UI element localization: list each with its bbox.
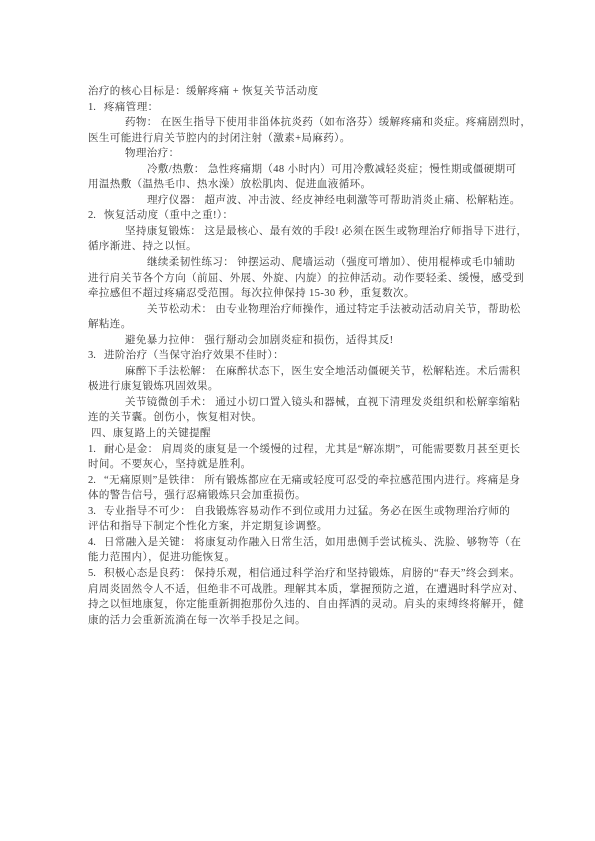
line-text: 循序渐进、持之以恒。	[88, 241, 197, 252]
line-text: 药物： 在医生指导下使用非甾体抗炎药（如布洛芬）缓解疼痛和炎症。疼痛剧烈时，	[125, 117, 531, 128]
text-line: 避免暴力拉伸： 强行掰动会加剧炎症和损伤，适得其反!	[88, 333, 518, 349]
list-number: 3.	[88, 348, 104, 364]
list-number: 5.	[88, 566, 104, 582]
line-text: 时间。不要灰心，坚持就是胜利。	[88, 459, 252, 470]
text-line: 时间。不要灰心，坚持就是胜利。	[88, 457, 518, 473]
document-body: 治疗的核心目标是：缓解疼痛 + 恢复关节活动度1.疼痛管理：药物： 在医生指导下…	[88, 84, 518, 628]
text-line: 持之以恒地康复，你定能重新拥抱那份久违的、自由挥洒的灵动。肩头的束缚终将解开，健	[88, 597, 518, 613]
list-number: 1.	[88, 442, 104, 458]
list-item-line: 1.耐心是金： 肩周炎的康复是一个缓慢的过程，尤其是“解冻期”，可能需要数月甚至…	[88, 442, 518, 458]
line-text: 冷敷/热敷： 急性疼痛期（48 小时内）可用冷敷减轻炎症；慢性期或僵硬期可	[147, 164, 516, 175]
list-number: 3.	[88, 504, 104, 520]
text-line: 肩周炎固然令人不适，但绝非不可战胜。理解其本质，掌握预防之道，在遭遇时科学应对、	[88, 582, 518, 598]
text-line: 体的警告信号，强行忍痛锻炼只会加重损伤。	[88, 488, 518, 504]
text-line: 解粘连。	[88, 317, 518, 333]
line-text: 恢复活动度（重中之重!）：	[104, 210, 233, 221]
text-line: 麻醉下手法松解： 在麻醉状态下，医生安全地活动僵硬关节，松解粘连。术后需积	[88, 364, 518, 380]
line-text: “无痛原则”是铁律： 所有锻炼都应在无痛或轻度可忍受的牵拉感范围内进行。疼痛是身	[104, 475, 520, 486]
document-page: 治疗的核心目标是：缓解疼痛 + 恢复关节活动度1.疼痛管理：药物： 在医生指导下…	[0, 0, 595, 841]
line-text: 耐心是金： 肩周炎的康复是一个缓慢的过程，尤其是“解冻期”，可能需要数月甚至更长	[104, 444, 520, 455]
text-line: 能力范围内），促进功能恢复。	[88, 550, 518, 566]
text-line: 连的关节囊。创伤小，恢复相对快。	[88, 410, 518, 426]
list-item-line: 4.日常融入是关键： 将康复动作融入日常生活，如用患侧手尝试梳头、洗脸、够物等（…	[88, 535, 518, 551]
line-text: 进行肩关节各个方向（前屈、外展、外旋、内旋）的拉伸活动。动作要轻柔、缓慢，感受到	[88, 273, 524, 284]
list-item-line: 2.“无痛原则”是铁律： 所有锻炼都应在无痛或轻度可忍受的牵拉感范围内进行。疼痛…	[88, 473, 518, 489]
text-line: 继续柔韧性练习： 钟摆运动、爬墙运动（强度可增加）、使用棍棒或毛巾辅助	[88, 255, 518, 271]
line-text: 肩周炎固然令人不适，但绝非不可战胜。理解其本质，掌握预防之道，在遭遇时科学应对、	[88, 584, 524, 595]
list-item-line: 1.疼痛管理：	[88, 100, 518, 116]
list-number: 1.	[88, 100, 104, 116]
line-text: 继续柔韧性练习： 钟摆运动、爬墙运动（强度可增加）、使用棍棒或毛巾辅助	[147, 257, 515, 268]
line-text: 四、康复路上的关键提醒	[91, 428, 211, 439]
text-line: 极进行康复锻炼巩固效果。	[88, 379, 518, 395]
line-text: 用温热敷（温热毛巾、热水澡）放松肌肉、促进血液循环。	[88, 179, 371, 190]
list-number: 4.	[88, 535, 104, 551]
line-text: 物理治疗：	[125, 148, 180, 159]
text-line: 评估和指导下制定个性化方案，并定期复诊调整。	[88, 519, 518, 535]
line-text: 体的警告信号，强行忍痛锻炼只会加重损伤。	[88, 490, 306, 501]
text-line: 药物： 在医生指导下使用非甾体抗炎药（如布洛芬）缓解疼痛和炎症。疼痛剧烈时，	[88, 115, 518, 131]
text-line: 关节镜微创手术： 通过小切口置入镜头和器械，直视下清理发炎组织和松解挛缩粘	[88, 395, 518, 411]
list-number: 2.	[88, 208, 104, 224]
line-text: 康的活力会重新流淌在每一次举手投足之间。	[88, 615, 306, 626]
line-text: 评估和指导下制定个性化方案，并定期复诊调整。	[88, 521, 328, 532]
text-line: 康的活力会重新流淌在每一次举手投足之间。	[88, 613, 518, 629]
text-line: 牵拉感但不超过疼痛忍受范围。每次拉伸保持 15-30 秒，重复数次。	[88, 286, 518, 302]
text-line: 医生可能进行肩关节腔内的封闭注射（激素+局麻药）。	[88, 131, 518, 147]
line-text: 医生可能进行肩关节腔内的封闭注射（激素+局麻药）。	[88, 133, 351, 144]
line-text: 牵拉感但不超过疼痛忍受范围。每次拉伸保持 15-30 秒，重复数次。	[88, 288, 415, 299]
line-text: 能力范围内），促进功能恢复。	[88, 552, 235, 563]
text-line: 冷敷/热敷： 急性疼痛期（48 小时内）可用冷敷减轻炎症；慢性期或僵硬期可	[88, 162, 518, 178]
line-text: 持之以恒地康复，你定能重新拥抱那份久违的、自由挥洒的灵动。肩头的束缚终将解开，健	[88, 599, 524, 610]
line-text: 麻醉下手法松解： 在麻醉状态下，医生安全地活动僵硬关节，松解粘连。术后需积	[125, 366, 520, 377]
list-item-line: 2.恢复活动度（重中之重!）：	[88, 208, 518, 224]
text-line: 坚持康复锻炼： 这是最核心、最有效的手段! 必须在医生或物理治疗师指导下进行，	[88, 224, 518, 240]
section-heading: 四、康复路上的关键提醒	[88, 426, 518, 442]
list-item-line: 3.进阶治疗（当保守治疗效果不佳时）：	[88, 348, 518, 364]
text-line: 进行肩关节各个方向（前屈、外展、外旋、内旋）的拉伸活动。动作要轻柔、缓慢，感受到	[88, 271, 518, 287]
text-line: 物理治疗：	[88, 146, 518, 162]
line-text: 连的关节囊。创伤小，恢复相对快。	[88, 412, 262, 423]
line-text: 专业指导不可少： 自我锻炼容易动作不到位或用力过猛。务必在医生或物理治疗师的	[104, 506, 510, 517]
text-line: 治疗的核心目标是：缓解疼痛 + 恢复关节活动度	[88, 84, 518, 100]
line-text: 进阶治疗（当保守治疗效果不佳时）：	[104, 350, 284, 361]
list-item-line: 5.积极心态是良药： 保持乐观，相信通过科学治疗和坚持锻炼，肩膀的“春天”终会到…	[88, 566, 518, 582]
text-line: 用温热敷（温热毛巾、热水澡）放松肌肉、促进血液循环。	[88, 177, 518, 193]
text-line: 关节松动术： 由专业物理治疗师操作，通过特定手法被动活动肩关节，帮助松	[88, 302, 518, 318]
list-item-line: 3.专业指导不可少： 自我锻炼容易动作不到位或用力过猛。务必在医生或物理治疗师的	[88, 504, 518, 520]
line-text: 坚持康复锻炼： 这是最核心、最有效的手段! 必须在医生或物理治疗师指导下进行，	[125, 226, 527, 237]
line-text: 积极心态是良药： 保持乐观，相信通过科学治疗和坚持锻炼，肩膀的“春天”终会到来。	[104, 568, 520, 579]
line-text: 避免暴力拉伸： 强行掰动会加剧炎症和损伤，适得其反!	[125, 335, 394, 346]
text-line: 理疗仪器： 超声波、冲击波、经皮神经电刺激等可帮助消炎止痛、松解粘连。	[88, 193, 518, 209]
line-text: 疼痛管理：	[104, 102, 159, 113]
line-text: 理疗仪器： 超声波、冲击波、经皮神经电刺激等可帮助消炎止痛、松解粘连。	[147, 195, 521, 206]
line-text: 关节镜微创手术： 通过小切口置入镜头和器械，直视下清理发炎组织和松解挛缩粘	[125, 397, 520, 408]
line-text: 日常融入是关键： 将康复动作融入日常生活，如用患侧手尝试梳头、洗脸、够物等（在	[104, 537, 521, 548]
line-text: 解粘连。	[88, 319, 132, 330]
text-line: 循序渐进、持之以恒。	[88, 239, 518, 255]
list-number: 2.	[88, 473, 104, 489]
line-text: 治疗的核心目标是：缓解疼痛 + 恢复关节活动度	[88, 86, 318, 97]
line-text: 关节松动术： 由专业物理治疗师操作，通过特定手法被动活动肩关节，帮助松	[147, 304, 521, 315]
line-text: 极进行康复锻炼巩固效果。	[88, 381, 219, 392]
